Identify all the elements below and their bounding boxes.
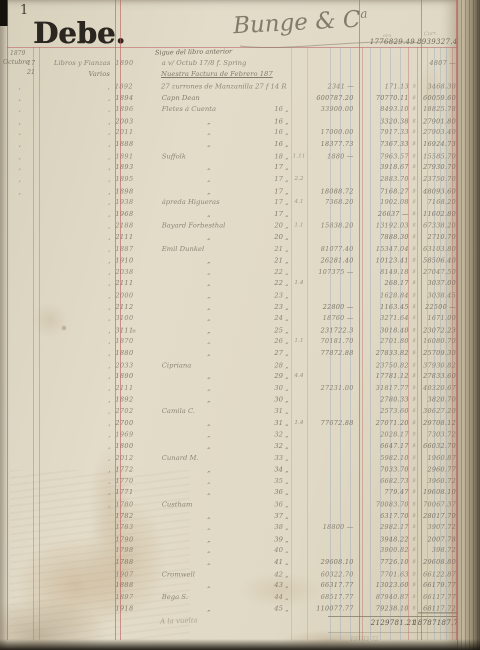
row-account-group: , (33, 117, 114, 125)
row-account-group: , (33, 303, 114, 311)
column-rule-red (417, 47, 418, 640)
totals-rule-bottom (328, 632, 457, 633)
row-quantity: 41 „ (264, 558, 289, 566)
row-account-group: , (33, 245, 114, 253)
row-account-group: , (33, 477, 114, 485)
row-description: „ (154, 314, 264, 322)
row-quantity: 25 „ (264, 326, 289, 334)
row-quantity: 44 „ (264, 593, 289, 601)
row-description: „ (154, 210, 264, 218)
column-rule-blue (350, 47, 351, 640)
row-quantity: 24 „ (264, 314, 289, 322)
column-rule-red (408, 47, 409, 640)
row-date-ditto: , (7, 140, 33, 148)
row-description: Cromwell (154, 570, 264, 578)
row-account-group: , (33, 279, 114, 287)
row-quantity: 21 „ (264, 257, 289, 265)
row-quantity: 32 „ (264, 431, 289, 439)
row-account-group: , (33, 326, 114, 334)
row-description: „ (154, 279, 264, 287)
row-date-ditto: , (7, 163, 33, 171)
row-description: „ (154, 384, 264, 392)
row-description: „ (154, 546, 264, 554)
row-amount-detail: 18760 — (309, 314, 353, 322)
page-number: 1 (20, 3, 28, 18)
row-date-ditto: , (7, 117, 33, 125)
row-amount-detail: 17000.00 (309, 128, 353, 136)
column-rule-blue (340, 47, 341, 640)
column-rule-blue (400, 47, 401, 640)
row-quantity: 16 „ (264, 128, 289, 136)
row-amount-detail: 27231.00 (309, 384, 353, 392)
row-description: Custham (154, 500, 264, 508)
row-description: „ (154, 419, 264, 427)
row-account-group: Libros y Fianzas (33, 59, 114, 67)
row-quantity: 20 „ (264, 233, 289, 241)
row-account-group: , (33, 396, 114, 404)
row-description: Emil Dunkel (154, 245, 264, 253)
row-description: 27 zurrones de Manzanilla 27 f 14 R (153, 82, 265, 90)
row-quantity: 32 „ (264, 442, 289, 450)
scanned-ledger-page: 1 Debe. Bunge & Ca Sigue del libro anter… (0, 0, 480, 650)
row-description: „ (154, 326, 264, 334)
row-amount-detail: 81077.40 (309, 245, 353, 253)
row-quantity: 16 „ (264, 140, 289, 148)
continuation-note: Sigue del libro anterior (155, 47, 232, 56)
row-amount-detail: 77872.88 (309, 349, 353, 357)
row-quantity: 30 „ (264, 396, 289, 404)
row-description: „ (154, 372, 264, 380)
ledger-paper: 1 Debe. Bunge & Ca Sigue del libro anter… (0, 0, 457, 650)
row-account-group: , (33, 419, 114, 427)
scan-bottom-shadow (0, 639, 480, 650)
row-quantity: 17 „ (264, 163, 289, 171)
row-amount-detail: 18088.72 (309, 187, 353, 195)
row-account-group: , (33, 175, 114, 183)
row-description: Fletes á Cuenta (154, 105, 264, 113)
row-quantity: 33 „ (264, 454, 289, 462)
row-amount-detail: 7368.20 (309, 198, 353, 206)
row-description: „ (154, 163, 264, 171)
row-account-group: , (33, 349, 114, 357)
row-quantity: 20 „ (264, 222, 289, 230)
row-quantity: 31 „ (264, 419, 289, 427)
row-amount-detail: 26281.40 (309, 257, 353, 265)
row-account-group: , (33, 466, 114, 474)
row-description: ápreda Higueras (154, 198, 264, 206)
date-year: 1879 (10, 50, 25, 57)
row-account-group: , (33, 361, 114, 369)
row-description: Cipriana (154, 361, 264, 369)
row-quantity: 21 „ (264, 245, 289, 253)
row-quantity: 17 „ (264, 210, 289, 218)
row-amount-detail: 70181.70 (309, 337, 353, 345)
row-description: „ (154, 466, 264, 474)
row-description: Bega S. (154, 593, 264, 601)
row-description: „ (154, 337, 264, 345)
totals-rule-top (328, 616, 457, 617)
row-amount-detail: 231722.3 (309, 326, 353, 334)
row-account-group: , (32, 82, 112, 90)
row-account-group: , (33, 187, 114, 195)
row-account-group: , (33, 233, 114, 241)
row-quantity: 45 „ (264, 605, 289, 613)
row-quantity: 34 „ (264, 466, 289, 474)
row-date-ditto: , (7, 82, 32, 90)
row-amount-detail: 2341 — (310, 82, 354, 90)
row-quantity: 22 „ (264, 268, 289, 276)
book-page-edges (457, 0, 480, 650)
row-quantity: 16 „ (264, 117, 289, 125)
row-amount-detail: 107375 — (309, 268, 353, 276)
row-description: „ (154, 477, 264, 485)
row-date-ditto: , (7, 187, 33, 195)
row-quantity: 17 „ (264, 175, 289, 183)
row-description: „ (154, 291, 264, 299)
column-rule-red (452, 47, 453, 640)
column-rule-blue (380, 47, 381, 640)
account-heading: Bunge & Ca (232, 3, 433, 39)
account-heading-sup: a (360, 7, 368, 21)
row-amount-detail: 1880 — (309, 152, 353, 160)
column-rule-red (115, 0, 116, 640)
carry-forward-note: A la vuelta (160, 616, 198, 625)
row-amount-detail: 18800 — (309, 523, 353, 531)
column-rule-blue (440, 47, 441, 640)
row-account-group: , (33, 454, 114, 462)
row-description: „ (154, 140, 264, 148)
row-quantity: 28 „ (264, 361, 289, 369)
row-quantity: 37 „ (264, 512, 289, 520)
row-account-group: , (33, 94, 114, 102)
row-description: „ (154, 581, 264, 589)
row-amount-detail: 77672.88 (309, 419, 353, 427)
row-quantity: 36 „ (264, 500, 289, 508)
row-description: „ (154, 349, 264, 357)
row-description: „ (154, 233, 264, 241)
row-account-group: , (33, 384, 114, 392)
row-account-group: , (33, 140, 114, 148)
row-description: „ (154, 431, 264, 439)
row-amount-detail: 22800 — (309, 303, 353, 311)
row-quantity: 16 „ (264, 105, 289, 113)
row-account-group: , (33, 431, 114, 439)
row-description: „ (154, 268, 264, 276)
row-account-group: , (33, 210, 114, 218)
row-account-group: , (33, 407, 114, 415)
row-description: „ (154, 187, 264, 195)
row-account-group: , (33, 268, 114, 276)
row-quantity: 29 „ (264, 372, 289, 380)
row-description: Nuestra Factura de Febrero 187 (153, 70, 265, 78)
row-amount-detail: 110077.77 (309, 605, 353, 613)
row-description: „ (154, 488, 264, 496)
account-heading-text: Bunge & C (232, 7, 361, 40)
row-description: Suffolk (154, 152, 264, 160)
row-amount-detail: 29608.10 (309, 558, 353, 566)
row-account-group: , (33, 163, 114, 171)
row-account-group: , (33, 152, 114, 160)
row-account-group: , (33, 198, 114, 206)
row-date-ditto: , (7, 94, 33, 102)
row-account-group: , (33, 488, 114, 496)
column-rule-red (33, 47, 34, 640)
row-account-group: , (33, 222, 114, 230)
row-account-group: , (33, 291, 114, 299)
row-quantity: 38 „ (264, 523, 289, 531)
row-quantity: 23 „ (264, 303, 289, 311)
carried-label-right: Curr. (424, 30, 437, 37)
row-quantity: 43 „ (264, 581, 289, 589)
row-description: Camila C. (154, 407, 264, 415)
row-quantity: 42 „ (264, 570, 289, 578)
column-rule-red (39, 47, 40, 640)
column-rule-blue (427, 47, 428, 640)
carried-total-c: 8939327.44 (417, 38, 457, 46)
column-rule-red (359, 0, 360, 640)
column-rule-red (421, 0, 422, 640)
row-account-group: , (33, 314, 114, 322)
row-quantity: 23 „ (264, 291, 289, 299)
row-account-group: , (33, 442, 114, 450)
row-quantity: 30 „ (264, 384, 289, 392)
row-description: „ (154, 512, 264, 520)
row-description: „ (154, 396, 264, 404)
row-description: „ (154, 605, 264, 613)
column-rule-blue (330, 47, 331, 640)
carried-total-b: 1776829.49 (352, 38, 415, 46)
row-folio-number: 1892 (113, 82, 153, 90)
row-quantity: 17 „ (264, 187, 289, 195)
row-description: „ (154, 442, 264, 450)
row-account-group: Varios (32, 70, 112, 78)
row-quantity: 39 „ (264, 535, 289, 543)
row-amount-detail: 66317.77 (309, 581, 353, 589)
column-rule-red (7, 0, 8, 640)
row-description: a v/ Octub 17/8 f. Spring (154, 59, 264, 67)
row-description: „ (154, 558, 264, 566)
column-rule-red (120, 0, 121, 640)
row-description: Capn Dean (154, 94, 264, 102)
row-quantity: 22 „ (264, 279, 289, 287)
row-amount-detail: 33900.00 (309, 105, 353, 113)
column-rule-blue (434, 47, 435, 640)
row-date-ditto: , (7, 175, 33, 183)
column-rule-blue (390, 47, 391, 640)
row-description: „ (154, 175, 264, 183)
column-rule-blue (291, 47, 292, 640)
page-title-debe: Debe. (33, 16, 125, 50)
row-amount-detail: 60322.70 (309, 570, 353, 578)
row-account-group: , (33, 257, 114, 265)
row-quantity: 26 „ (264, 337, 289, 345)
column-rule-blue (370, 47, 371, 640)
row-quantity: 36 „ (264, 488, 289, 496)
column-rule-blue (307, 47, 308, 640)
row-quantity: 31 „ (264, 407, 289, 415)
row-date-ditto: , (7, 128, 33, 136)
row-description: „ (154, 117, 264, 125)
row-description: „ (154, 523, 264, 531)
column-rule-blue (446, 47, 447, 640)
column-rule-red (362, 47, 363, 640)
row-description: „ (154, 303, 264, 311)
row-quantity: 18 „ (264, 152, 289, 160)
row-quantity: 27 „ (264, 349, 289, 357)
row-date-ditto: , (7, 105, 33, 113)
row-account-group: , (33, 337, 114, 345)
row-description: „ (154, 128, 264, 136)
row-date-ditto: , (7, 152, 33, 160)
row-quantity: 17 „ (264, 198, 289, 206)
page-edge-lines (457, 0, 480, 650)
row-account-group: , (33, 372, 114, 380)
row-account-group: , (33, 105, 114, 113)
row-description: Bayard Forbesthal (154, 222, 264, 230)
row-amount-detail: 18377.73 (309, 140, 353, 148)
row-description: „ (154, 535, 264, 543)
row-account-group: , (33, 128, 114, 136)
row-description: „ (154, 257, 264, 265)
row-description: Cunard M. (154, 454, 264, 462)
row-amount-detail: 68517.77 (309, 593, 353, 601)
row-amount-detail: 600787.20 (309, 94, 353, 102)
row-quantity: 35 „ (264, 477, 289, 485)
row-account-group: , (33, 500, 114, 508)
row-quantity: 40 „ (264, 546, 289, 554)
row-amount-detail: 15838.20 (309, 222, 353, 230)
